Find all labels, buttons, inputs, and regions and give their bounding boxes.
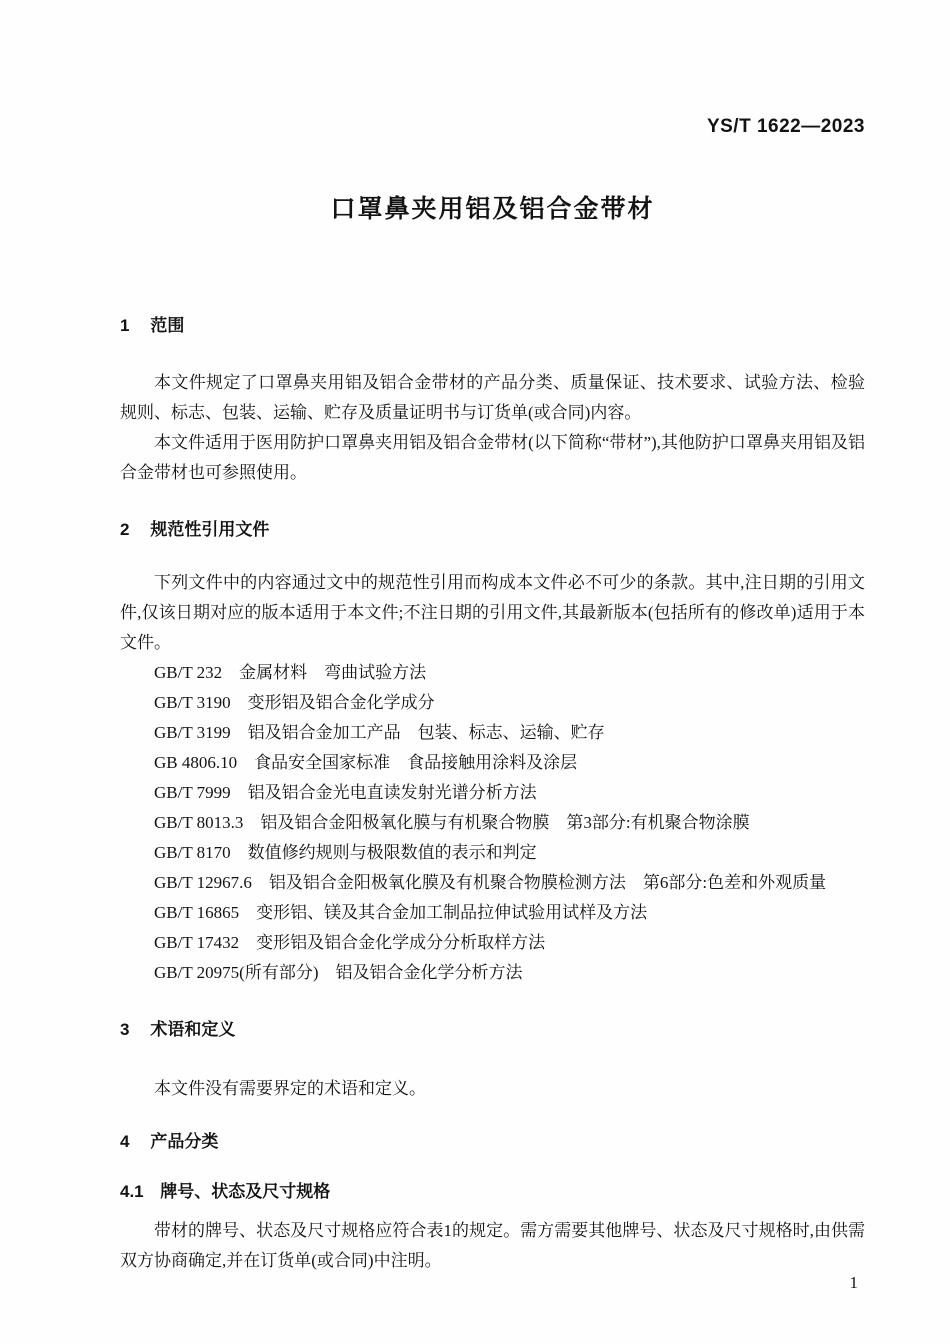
normative-references-intro: 下列文件中的内容通过文中的规范性引用而构成本文件必不可少的条款。其中,注日期的引… bbox=[120, 568, 865, 658]
section-title: 规范性引用文件 bbox=[150, 520, 269, 539]
reference-item: GB/T 7999铝及铝合金光电直读发射光谱分析方法 bbox=[120, 778, 865, 808]
reference-title: 铝及铝合金光电直读发射光谱分析方法 bbox=[248, 783, 537, 802]
reference-title: 变形铝、镁及其合金加工制品拉伸试验用试样及方法 bbox=[256, 903, 647, 922]
scope-body: 本文件规定了口罩鼻夹用铝及铝合金带材的产品分类、质量保证、技术要求、试验方法、检… bbox=[120, 368, 865, 488]
reference-code: GB/T 16865 bbox=[154, 903, 239, 922]
subsection-number: 4.1 bbox=[120, 1182, 144, 1201]
reference-code: GB/T 17432 bbox=[154, 933, 239, 952]
reference-title: 铝及铝合金加工产品 包装、标志、运输、贮存 bbox=[248, 723, 605, 742]
section-heading-normative-references: 2 规范性引用文件 bbox=[120, 518, 865, 542]
subsection-heading-designation: 4.1 牌号、状态及尺寸规格 bbox=[120, 1180, 865, 1204]
reference-code: GB/T 3190 bbox=[154, 693, 231, 712]
terms-body: 本文件没有需要界定的术语和定义。 bbox=[120, 1074, 865, 1104]
document-page: YS/T 1622—2023 口罩鼻夹用铝及铝合金带材 1 范围 本文件规定了口… bbox=[0, 0, 950, 1344]
section-number: 1 bbox=[120, 316, 129, 335]
reference-code: GB/T 12967.6 bbox=[154, 873, 252, 892]
reference-code: GB/T 8170 bbox=[154, 843, 231, 862]
section-number: 2 bbox=[120, 520, 129, 539]
section-heading-scope: 1 范围 bbox=[120, 314, 865, 338]
standard-number: YS/T 1622—2023 bbox=[120, 116, 865, 138]
reference-title: 变形铝及铝合金化学成分分析取样方法 bbox=[256, 933, 545, 952]
classification-body: 带材的牌号、状态及尺寸规格应符合表1的规定。需方需要其他牌号、状态及尺寸规格时,… bbox=[120, 1216, 865, 1276]
normative-references-body: 下列文件中的内容通过文中的规范性引用而构成本文件必不可少的条款。其中,注日期的引… bbox=[120, 568, 865, 988]
reference-title: 数值修约规则与极限数值的表示和判定 bbox=[248, 843, 537, 862]
section-title: 产品分类 bbox=[150, 1132, 218, 1151]
reference-code: GB/T 20975(所有部分) bbox=[154, 963, 319, 982]
reference-item: GB/T 12967.6铝及铝合金阳极氧化膜及有机聚合物膜检测方法 第6部分:色… bbox=[120, 868, 865, 898]
document-title: 口罩鼻夹用铝及铝合金带材 bbox=[120, 192, 865, 226]
scope-paragraph: 本文件适用于医用防护口罩鼻夹用铝及铝合金带材(以下简称“带材”),其他防护口罩鼻… bbox=[120, 428, 865, 488]
reference-code: GB/T 7999 bbox=[154, 783, 231, 802]
reference-title: 铝及铝合金阳极氧化膜与有机聚合物膜 第3部分:有机聚合物涂膜 bbox=[260, 813, 749, 832]
reference-item: GB/T 16865变形铝、镁及其合金加工制品拉伸试验用试样及方法 bbox=[120, 898, 865, 928]
section-title: 术语和定义 bbox=[150, 1020, 235, 1039]
reference-item: GB 4806.10食品安全国家标准 食品接触用涂料及涂层 bbox=[120, 748, 865, 778]
reference-code: GB/T 232 bbox=[154, 663, 222, 682]
reference-item: GB/T 232金属材料 弯曲试验方法 bbox=[120, 658, 865, 688]
subsection-title: 牌号、状态及尺寸规格 bbox=[160, 1182, 330, 1201]
reference-item: GB/T 3199铝及铝合金加工产品 包装、标志、运输、贮存 bbox=[120, 718, 865, 748]
section-heading-terms: 3 术语和定义 bbox=[120, 1018, 865, 1042]
reference-title: 变形铝及铝合金化学成分 bbox=[248, 693, 435, 712]
classification-paragraph: 带材的牌号、状态及尺寸规格应符合表1的规定。需方需要其他牌号、状态及尺寸规格时,… bbox=[120, 1216, 865, 1276]
section-title: 范围 bbox=[150, 316, 184, 335]
reference-item: GB/T 20975(所有部分)铝及铝合金化学分析方法 bbox=[120, 958, 865, 988]
reference-item: GB/T 8170数值修约规则与极限数值的表示和判定 bbox=[120, 838, 865, 868]
reference-title: 食品安全国家标准 食品接触用涂料及涂层 bbox=[254, 753, 577, 772]
reference-title: 铝及铝合金阳极氧化膜及有机聚合物膜检测方法 第6部分:色差和外观质量 bbox=[269, 873, 826, 892]
reference-code: GB/T 8013.3 bbox=[154, 813, 243, 832]
reference-item: GB/T 8013.3铝及铝合金阳极氧化膜与有机聚合物膜 第3部分:有机聚合物涂… bbox=[120, 808, 865, 838]
reference-item: GB/T 3190变形铝及铝合金化学成分 bbox=[120, 688, 865, 718]
section-heading-classification: 4 产品分类 bbox=[120, 1130, 865, 1154]
reference-item: GB/T 17432变形铝及铝合金化学成分分析取样方法 bbox=[120, 928, 865, 958]
reference-list: GB/T 232金属材料 弯曲试验方法 GB/T 3190变形铝及铝合金化学成分… bbox=[120, 658, 865, 988]
scope-paragraph: 本文件规定了口罩鼻夹用铝及铝合金带材的产品分类、质量保证、技术要求、试验方法、检… bbox=[120, 368, 865, 428]
reference-title: 金属材料 弯曲试验方法 bbox=[239, 663, 426, 682]
page-number: 1 bbox=[850, 1272, 859, 1294]
reference-code: GB/T 3199 bbox=[154, 723, 231, 742]
section-number: 3 bbox=[120, 1020, 129, 1039]
reference-title: 铝及铝合金化学分析方法 bbox=[336, 963, 523, 982]
section-number: 4 bbox=[120, 1132, 129, 1151]
terms-paragraph: 本文件没有需要界定的术语和定义。 bbox=[120, 1074, 865, 1104]
reference-code: GB 4806.10 bbox=[154, 753, 237, 772]
